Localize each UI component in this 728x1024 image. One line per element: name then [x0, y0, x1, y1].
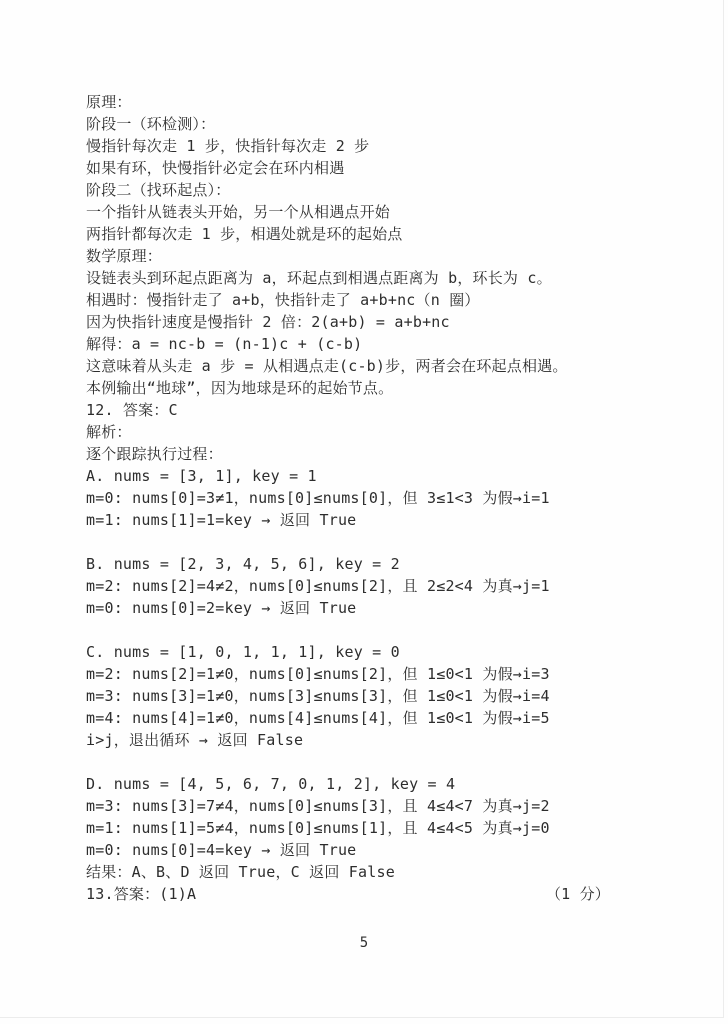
line-text: m=0: nums[0]=3≠1，nums[0]≤nums[0]，但 3≤1<3…: [86, 489, 550, 507]
line-text: 结果：A、B、D 返回 True，C 返回 False: [86, 863, 395, 881]
document-line: m=2: nums[2]=1≠0，nums[0]≤nums[2]，但 1≤0<1…: [86, 663, 728, 685]
document-line: B. nums = [2, 3, 4, 5, 6], key = 2: [86, 553, 728, 575]
document-line: 12. 答案：C: [86, 399, 728, 421]
document-line: C. nums = [1, 0, 1, 1, 1], key = 0: [86, 641, 728, 663]
document-line: m=1: nums[1]=1=key → 返回 True: [86, 509, 728, 531]
document-line: m=3: nums[3]=1≠0，nums[3]≤nums[3]，但 1≤0<1…: [86, 685, 728, 707]
line-text: A. nums = [3, 1], key = 1: [86, 467, 317, 485]
document-page: 原理：阶段一（环检测）：慢指针每次走 1 步，快指针每次走 2 步如果有环，快慢…: [0, 0, 728, 1024]
document-line: 慢指针每次走 1 步，快指针每次走 2 步: [86, 135, 728, 157]
document-line: 原理：: [86, 91, 728, 113]
line-text: 这意味着从头走 a 步 = 从相遇点走(c-b)步，两者会在环起点相遇。: [86, 357, 568, 375]
line-text: 13.答案：(1)A: [86, 885, 196, 903]
line-text: 逐个跟踪执行过程：: [86, 445, 223, 463]
document-line: i>j，退出循环 → 返回 False: [86, 729, 728, 751]
document-line: m=0: nums[0]=2=key → 返回 True: [86, 597, 728, 619]
document-line: 数学原理：: [86, 245, 728, 267]
score-note: （1 分）: [546, 883, 610, 905]
line-text: 解得：a = nc-b = (n-1)c + (c-b): [86, 335, 362, 353]
line-text: 设链表头到环起点距离为 a，环起点到相遇点距离为 b，环长为 c。: [86, 269, 552, 287]
document-line: m=0: nums[0]=3≠1，nums[0]≤nums[0]，但 3≤1<3…: [86, 487, 728, 509]
document-line: 因为快指针速度是慢指针 2 倍：2(a+b) = a+b+nc: [86, 311, 728, 333]
document-line: 相遇时：慢指针走了 a+b，快指针走了 a+b+nc（n 圈）: [86, 289, 728, 311]
document-line: 阶段一（环检测）：: [86, 113, 728, 135]
document-line: 阶段二（找环起点）：: [86, 179, 728, 201]
document-line: 解得：a = nc-b = (n-1)c + (c-b): [86, 333, 728, 355]
line-text: 因为快指针速度是慢指针 2 倍：2(a+b) = a+b+nc: [86, 313, 450, 331]
document-body: 原理：阶段一（环检测）：慢指针每次走 1 步，快指针每次走 2 步如果有环，快慢…: [86, 91, 728, 905]
document-line: 设链表头到环起点距离为 a，环起点到相遇点距离为 b，环长为 c。: [86, 267, 728, 289]
line-text: C. nums = [1, 0, 1, 1, 1], key = 0: [86, 643, 400, 661]
line-text: 阶段二（找环起点）：: [86, 181, 231, 199]
line-text: m=1: nums[1]=5≠4，nums[0]≤nums[1]，且 4≤4<5…: [86, 819, 550, 837]
line-text: m=2: nums[2]=4≠2，nums[0]≤nums[2]，且 2≤2<4…: [86, 577, 550, 595]
document-line: 一个指针从链表头开始，另一个从相遇点开始: [86, 201, 728, 223]
document-line: m=2: nums[2]=4≠2，nums[0]≤nums[2]，且 2≤2<4…: [86, 575, 728, 597]
document-line: 如果有环，快慢指针必定会在环内相遇: [86, 157, 728, 179]
document-line: m=0: nums[0]=4=key → 返回 True: [86, 839, 728, 861]
document-line: 本例输出“地球”，因为地球是环的起始节点。: [86, 377, 728, 399]
document-line: A. nums = [3, 1], key = 1: [86, 465, 728, 487]
document-line: m=1: nums[1]=5≠4，nums[0]≤nums[1]，且 4≤4<5…: [86, 817, 728, 839]
page-number: 5: [0, 933, 728, 953]
line-text: i>j，退出循环 → 返回 False: [86, 731, 303, 749]
line-text: m=2: nums[2]=1≠0，nums[0]≤nums[2]，但 1≤0<1…: [86, 665, 550, 683]
document-line: [86, 751, 728, 773]
line-text: 解析：: [86, 423, 132, 441]
line-text: m=0: nums[0]=4=key → 返回 True: [86, 841, 356, 859]
document-line: 两指针都每次走 1 步，相遇处就是环的起始点: [86, 223, 728, 245]
line-text: m=3: nums[3]=7≠4，nums[0]≤nums[3]，且 4≤4<7…: [86, 797, 550, 815]
line-text: m=4: nums[4]=1≠0，nums[4]≤nums[4]，但 1≤0<1…: [86, 709, 550, 727]
document-line: D. nums = [4, 5, 6, 7, 0, 1, 2], key = 4: [86, 773, 728, 795]
line-text: 相遇时：慢指针走了 a+b，快指针走了 a+b+nc（n 圈）: [86, 291, 480, 309]
document-line: 13.答案：(1)A（1 分）: [86, 883, 728, 905]
document-line: m=4: nums[4]=1≠0，nums[4]≤nums[4]，但 1≤0<1…: [86, 707, 728, 729]
document-line: 结果：A、B、D 返回 True，C 返回 False: [86, 861, 728, 883]
document-line: 逐个跟踪执行过程：: [86, 443, 728, 465]
line-text: m=3: nums[3]=1≠0，nums[3]≤nums[3]，但 1≤0<1…: [86, 687, 550, 705]
document-line: [86, 619, 728, 641]
line-text: B. nums = [2, 3, 4, 5, 6], key = 2: [86, 555, 400, 573]
line-text: 两指针都每次走 1 步，相遇处就是环的起始点: [86, 225, 403, 243]
line-text: m=0: nums[0]=2=key → 返回 True: [86, 599, 356, 617]
document-line: [86, 531, 728, 553]
line-text: m=1: nums[1]=1=key → 返回 True: [86, 511, 356, 529]
line-text: 原理：: [86, 93, 132, 111]
document-line: 解析：: [86, 421, 728, 443]
line-text: D. nums = [4, 5, 6, 7, 0, 1, 2], key = 4: [86, 775, 455, 793]
line-text: 如果有环，快慢指针必定会在环内相遇: [86, 159, 344, 177]
line-text: 数学原理：: [86, 247, 162, 265]
line-text: 一个指针从链表头开始，另一个从相遇点开始: [86, 203, 390, 221]
document-line: 这意味着从头走 a 步 = 从相遇点走(c-b)步，两者会在环起点相遇。: [86, 355, 728, 377]
line-text: 12. 答案：C: [86, 401, 178, 419]
line-text: 本例输出“地球”，因为地球是环的起始节点。: [86, 379, 393, 397]
line-text: 慢指针每次走 1 步，快指针每次走 2 步: [86, 137, 369, 155]
document-line: m=3: nums[3]=7≠4，nums[0]≤nums[3]，且 4≤4<7…: [86, 795, 728, 817]
line-text: 阶段一（环检测）：: [86, 115, 215, 133]
